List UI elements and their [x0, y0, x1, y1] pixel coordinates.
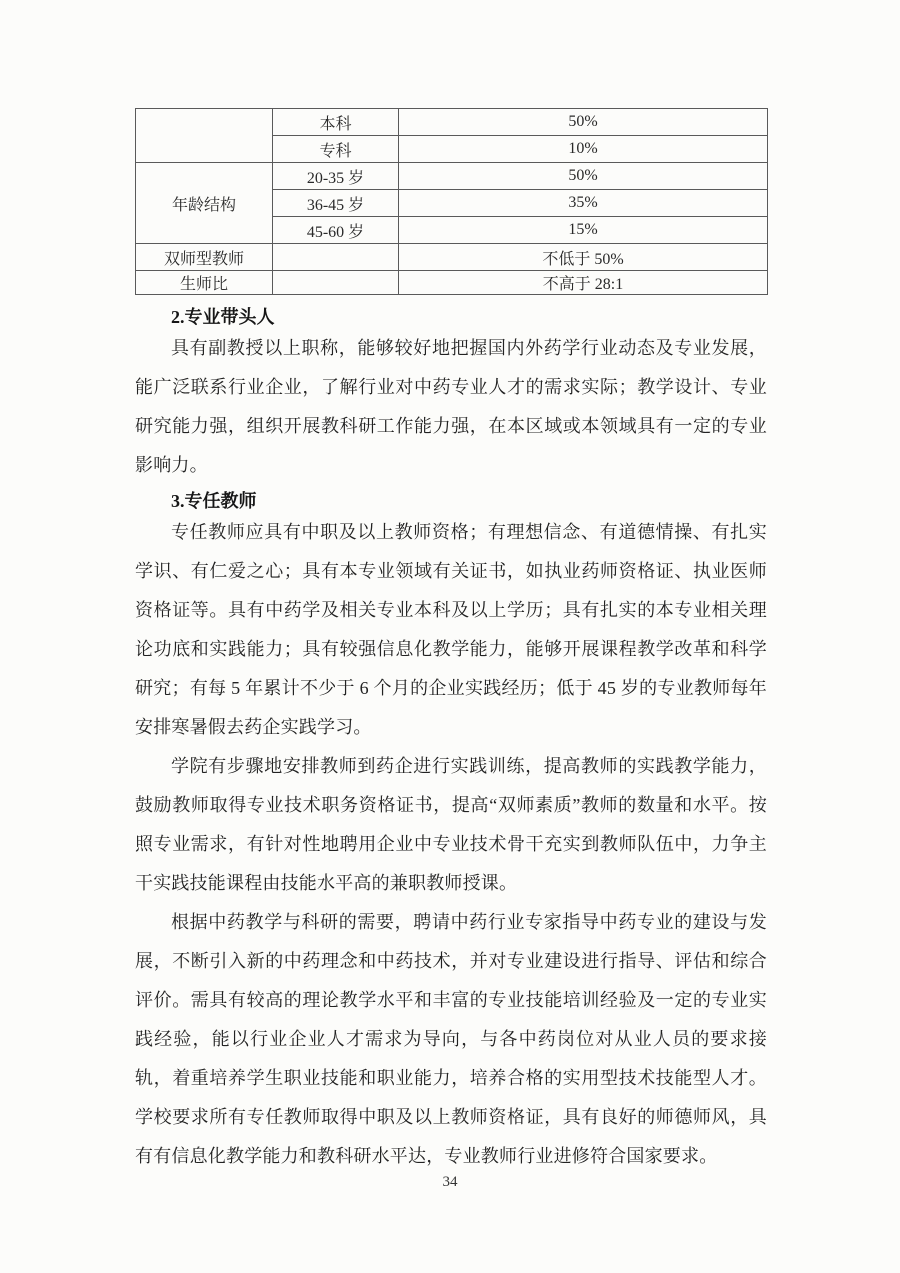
faculty-structure-table: 本科 50% 专科 10% 年龄结构 20-35 岁 50% 36-45 岁 3… [135, 108, 768, 295]
table-cell-value: 不低于 50% [399, 244, 768, 271]
section-heading-fulltime-teachers: 3.专任教师 [135, 489, 767, 513]
table-cell-group-age-structure: 年龄结构 [136, 163, 273, 244]
table-cell-value: 15% [399, 217, 768, 244]
paragraph: 根据中药教学与科研的需要，聘请中药行业专家指导中药专业的建设与发展，不断引入新的… [135, 903, 767, 1176]
table-cell-label: 36-45 岁 [273, 190, 399, 217]
table-cell-label-empty [273, 244, 399, 271]
table-cell-label: 45-60 岁 [273, 217, 399, 244]
table-cell-value: 不高于 28:1 [399, 271, 768, 295]
table-cell-group-double-qualified: 双师型教师 [136, 244, 273, 271]
section-body-fulltime-teachers: 专任教师应具有中职及以上教师资格；有理想信念、有道德情操、有扎实学识、有仁爱之心… [135, 513, 767, 1176]
table-cell-label: 专科 [273, 136, 399, 163]
paragraph: 专任教师应具有中职及以上教师资格；有理想信念、有道德情操、有扎实学识、有仁爱之心… [135, 513, 767, 747]
section-heading-major-leader: 2.专业带头人 [135, 305, 767, 329]
page-number: 34 [0, 1174, 900, 1191]
table-cell-value: 50% [399, 109, 768, 136]
table-row: 年龄结构 20-35 岁 50% [136, 163, 768, 190]
paragraph: 学院有步骤地安排教师到药企进行实践训练，提高教师的实践教学能力，鼓励教师取得专业… [135, 747, 767, 903]
table-cell-value: 50% [399, 163, 768, 190]
document-page: 本科 50% 专科 10% 年龄结构 20-35 岁 50% 36-45 岁 3… [0, 0, 900, 1273]
table-cell-group-student-teacher-ratio: 生师比 [136, 271, 273, 295]
table-cell-value: 35% [399, 190, 768, 217]
section-body-major-leader: 具有副教授以上职称，能够较好地把握国内外药学行业动态及专业发展，能广泛联系行业企… [135, 329, 767, 485]
table-row: 双师型教师 不低于 50% [136, 244, 768, 271]
page-content: 本科 50% 专科 10% 年龄结构 20-35 岁 50% 36-45 岁 3… [135, 108, 767, 1176]
table-cell-label-empty [273, 271, 399, 295]
table-row: 本科 50% [136, 109, 768, 136]
table-cell-value: 10% [399, 136, 768, 163]
table-cell-label: 本科 [273, 109, 399, 136]
table-cell-label: 20-35 岁 [273, 163, 399, 190]
table-cell-group-empty [136, 109, 273, 163]
paragraph: 具有副教授以上职称，能够较好地把握国内外药学行业动态及专业发展，能广泛联系行业企… [135, 329, 767, 485]
table-row: 生师比 不高于 28:1 [136, 271, 768, 295]
